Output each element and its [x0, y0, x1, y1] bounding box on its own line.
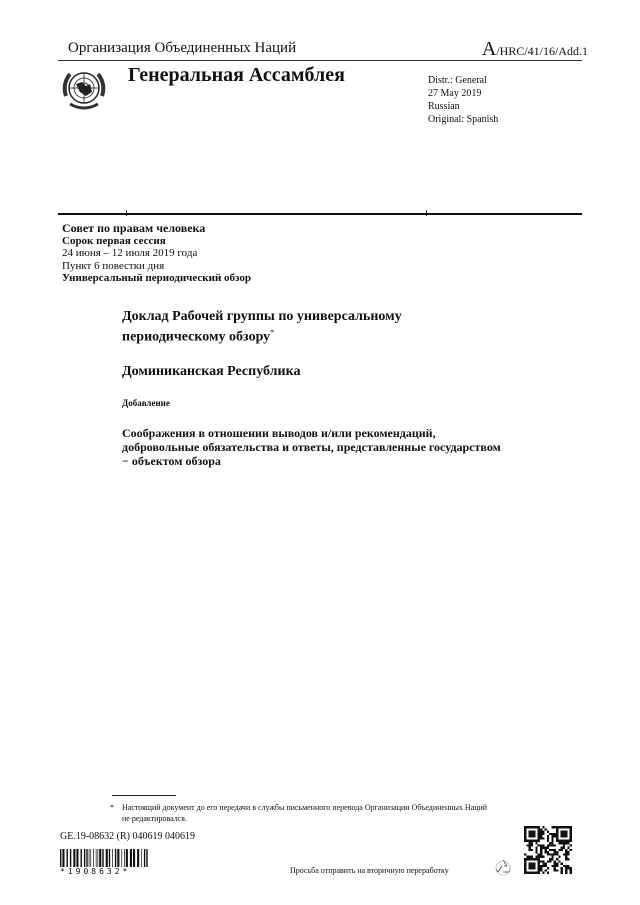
organization-name: Организация Объединенных Наций [68, 40, 296, 57]
footnote-rule [112, 795, 176, 796]
recycle-text: Просьба отправить на вторичную переработ… [290, 866, 449, 875]
document-language: Russian [428, 100, 498, 113]
body-name: Генеральная Ассамблея [128, 64, 345, 87]
council-name: Совет по правам человека [62, 222, 251, 235]
rule-tick [126, 210, 127, 216]
report-title: Доклад Рабочей группы по универсальному … [122, 309, 502, 346]
symbol-prefix: A [482, 38, 496, 60]
country-name: Доминиканская Республика [122, 364, 502, 380]
footnote-marker: * [110, 802, 114, 813]
agenda-item: Пункт 6 повестки дня [62, 260, 251, 273]
distribution-block: Distr.: General 27 May 2019 Russian Orig… [428, 74, 498, 126]
symbol-rest: /HRC/41/16/Add.1 [496, 44, 588, 58]
subject-title: Соображения в отношении выводов и/или ре… [122, 426, 502, 468]
footnote-mark[interactable]: * [270, 328, 274, 337]
session: Сорок первая сессия [62, 235, 251, 248]
agenda-topic: Универсальный периодический обзор [62, 272, 251, 285]
footnote: * Настоящий документ до его передачи в с… [110, 802, 490, 824]
footnote-text: Настоящий документ до его передачи в слу… [122, 802, 490, 824]
job-code: GE.19-08632 (R) 040619 040619 [60, 831, 195, 842]
barcode-icon [60, 849, 148, 867]
barcode-number: *1908632* [60, 867, 130, 876]
document-date: 27 May 2019 [428, 87, 498, 100]
rule-tick [426, 210, 427, 216]
distr-status: Distr.: General [428, 74, 498, 87]
original-language: Original: Spanish [428, 113, 498, 126]
session-dates: 24 июня – 12 июля 2019 года [62, 247, 251, 260]
council-block: Совет по правам человека Сорок первая се… [62, 222, 251, 285]
header-rule [58, 60, 582, 61]
addendum-label: Добавление [122, 398, 502, 408]
main-content: Доклад Рабочей группы по универсальному … [122, 309, 502, 468]
qr-code-icon [524, 826, 572, 874]
section-rule [58, 213, 582, 215]
un-emblem-icon [60, 66, 108, 114]
document-symbol: A/HRC/41/16/Add.1 [482, 38, 588, 61]
recycle-icon [494, 858, 512, 876]
